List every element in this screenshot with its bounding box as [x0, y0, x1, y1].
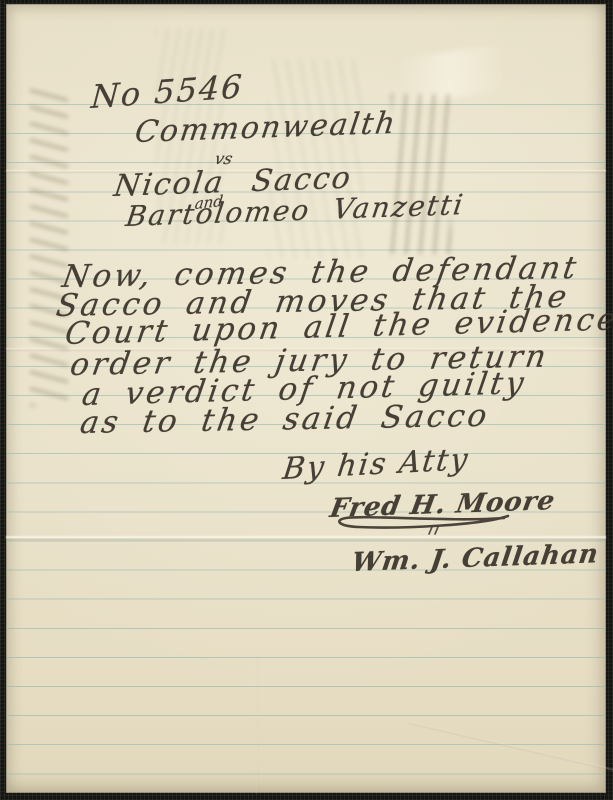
body-line-6: as to the said Sacco — [78, 401, 492, 439]
case-number: No 5546 — [90, 70, 245, 113]
signature-flourish-underline — [332, 512, 512, 534]
bleed-through-ghost — [268, 59, 363, 259]
fold-crease-lower — [6, 536, 606, 540]
bleed-through-ghost — [391, 94, 451, 254]
plaintiff-name: Commonwealth — [133, 109, 399, 148]
ditto-marks — [426, 526, 442, 536]
vertical-crease — [256, 654, 258, 794]
paper-sheet: No 5546 Commonwealth vs Nicola Sacco and… — [6, 4, 606, 793]
bleed-through-ghost — [30, 86, 68, 406]
scanned-document-photo: No 5546 Commonwealth vs Nicola Sacco and… — [0, 0, 613, 800]
